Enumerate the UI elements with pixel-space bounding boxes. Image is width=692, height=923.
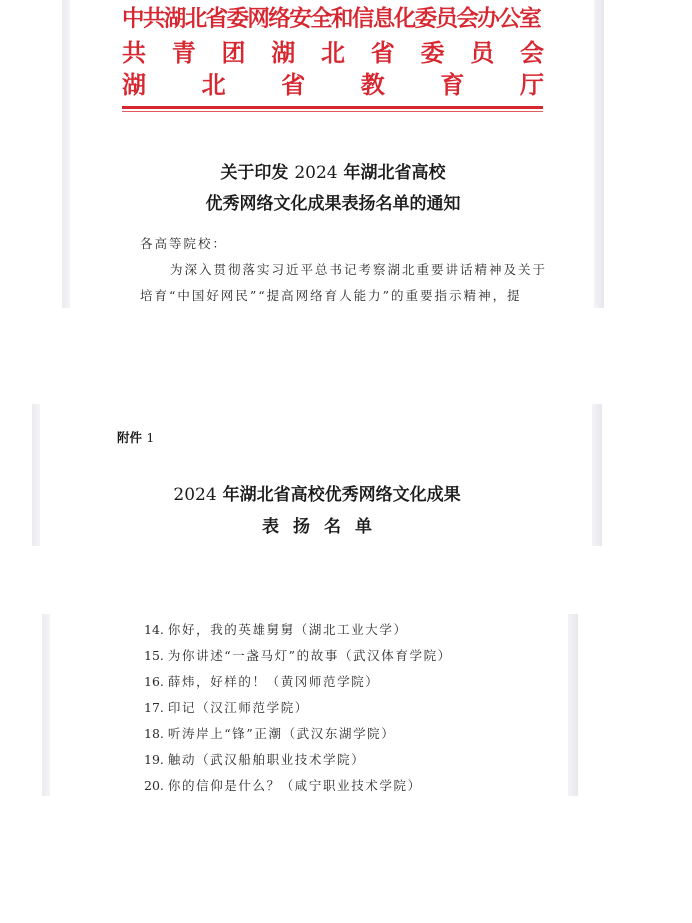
attachment-title: 2024 年湖北省高校优秀网络文化成果 <box>32 480 602 505</box>
header-red-rule-thin <box>122 111 543 112</box>
list-item-text: 你好，我的英雄舅舅（湖北工业大学） <box>168 622 408 637</box>
list-item: 14.你好，我的英雄舅舅（湖北工业大学） <box>144 620 408 638</box>
list-item-text: 你的信仰是什么？（咸宁职业技术学院） <box>168 778 422 793</box>
issuer-char: 青 <box>172 38 196 68</box>
title-suffix: 年湖北省高校 <box>344 163 446 183</box>
issuer-char: 北 <box>321 38 345 68</box>
list-item-text: 印记（汉江师范学院） <box>168 700 309 715</box>
issuer-char: 省 <box>371 38 395 68</box>
salutation: 各高等院校： <box>140 234 227 252</box>
document-page-award-list: 14.你好，我的英雄舅舅（湖北工业大学） 15.为你讲述“一盏马灯”的故事（武汉… <box>42 614 578 796</box>
list-item-text: 触动（武汉船舶职业技术学院） <box>168 752 365 767</box>
paragraph-line-2: 培育“中国好网民”“提高网络育人能力”的重要指示精神，提 <box>140 286 522 304</box>
issuer-cyberspace-office: 中共湖北省委网络安全和信息化委员会办公室 <box>122 4 544 34</box>
list-item-text: 听涛岸上“锋”正潮（武汉东湖学院） <box>168 726 395 741</box>
header-red-rule-thick <box>122 106 543 109</box>
attachment-label-number: 1 <box>146 430 154 445</box>
issuer-char: 湖 <box>122 70 146 100</box>
attachment-subtitle: 表扬名单 <box>32 512 602 537</box>
list-item-text: 薛炜，好样的！（黄冈师范学院） <box>168 674 380 689</box>
attachment-label: 附件 1 <box>117 428 154 446</box>
list-item: 19.触动（武汉船舶职业技术学院） <box>144 750 365 768</box>
list-item: 20.你的信仰是什么？（咸宁职业技术学院） <box>144 776 422 794</box>
list-item-index: 18. <box>144 726 164 741</box>
document-page-attachment-title: 附件 1 2024 年湖北省高校优秀网络文化成果 表扬名单 <box>32 404 602 546</box>
issuer-char: 省 <box>281 70 305 100</box>
issuer-char: 会 <box>520 38 544 68</box>
document-page-notice: 中共湖北省委网络安全和信息化委员会办公室 共 青 团 湖 北 省 委 员 会 湖… <box>62 0 604 308</box>
list-item: 17.印记（汉江师范学院） <box>144 698 309 716</box>
attachment-title-year: 2024 <box>173 485 216 505</box>
issuer-education-department: 湖 北 省 教 育 厅 <box>122 70 544 100</box>
notice-title-line-2: 优秀网络文化成果表扬名单的通知 <box>62 189 604 214</box>
list-item-index: 16. <box>144 674 164 689</box>
list-item-text: 为你讲述“一盏马灯”的故事（武汉体育学院） <box>168 648 452 663</box>
list-item: 15.为你讲述“一盏马灯”的故事（武汉体育学院） <box>144 646 452 664</box>
list-item-index: 17. <box>144 700 164 715</box>
issuer-char: 育 <box>440 70 464 100</box>
title-year: 2024 <box>294 163 337 183</box>
issuer-char: 员 <box>470 38 494 68</box>
title-prefix: 关于印发 <box>220 163 288 183</box>
attachment-title-text: 年湖北省高校优秀网络文化成果 <box>223 485 461 505</box>
list-item-index: 15. <box>144 648 164 663</box>
list-item: 16.薛炜，好样的！（黄冈师范学院） <box>144 672 379 690</box>
issuer-char: 湖 <box>271 38 295 68</box>
issuer-char: 委 <box>421 38 445 68</box>
paragraph-line-1: 为深入贯彻落实习近平总书记考察湖北重要讲话精神及关于 <box>170 260 547 278</box>
list-item-index: 19. <box>144 752 164 767</box>
issuer-char: 厅 <box>520 70 544 100</box>
issuer-char: 团 <box>222 38 246 68</box>
issuer-char: 北 <box>202 70 226 100</box>
list-item: 18.听涛岸上“锋”正潮（武汉东湖学院） <box>144 724 395 742</box>
attachment-label-text: 附件 <box>117 430 142 445</box>
list-item-index: 20. <box>144 778 164 793</box>
list-item-index: 14. <box>144 622 164 637</box>
issuer-char: 教 <box>361 70 385 100</box>
issuer-char: 共 <box>122 38 146 68</box>
notice-title-line-1: 关于印发 2024 年湖北省高校 <box>62 158 604 183</box>
issuer-youth-league: 共 青 团 湖 北 省 委 员 会 <box>122 38 544 68</box>
issuer-line-1: 中共湖北省委网络安全和信息化委员会办公室 <box>122 4 540 34</box>
